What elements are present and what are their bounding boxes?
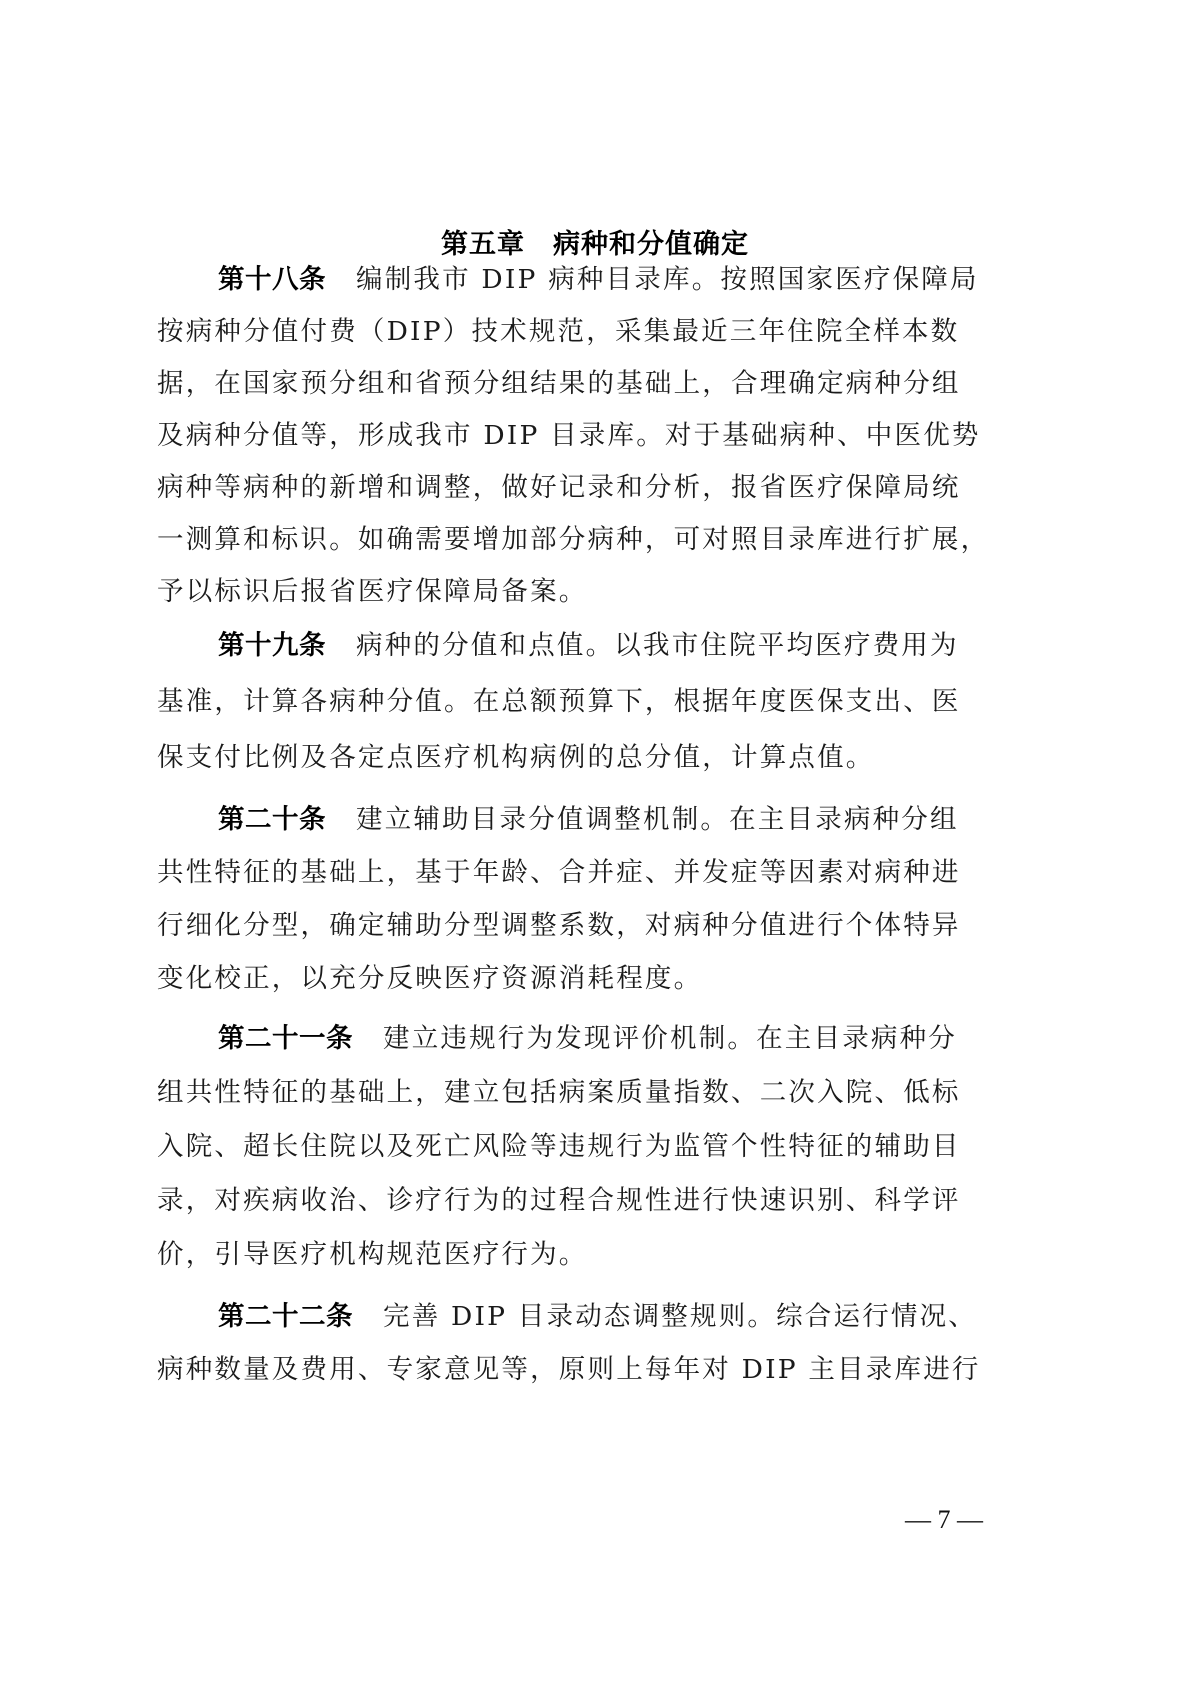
article-21-line-5: 价，引导医疗机构规范医疗行为。 (157, 1237, 1037, 1273)
chapter-number: 第五章 (441, 229, 525, 260)
article-heading: 第二十二条 (218, 1301, 353, 1332)
article-20-line-4: 变化校正，以充分反映医疗资源消耗程度。 (157, 961, 1037, 997)
article-heading: 第十八条 (218, 264, 326, 295)
article-20-line-2: 共性特征的基础上，基于年龄、合并症、并发症等因素对病种进 (157, 855, 1037, 891)
article-20-line-3: 行细化分型，确定辅助分型调整系数，对病种分值进行个体特异 (157, 908, 1037, 944)
article-heading: 第二十条 (218, 804, 326, 835)
document-page: 第五章病种和分值确定 第十八条编制我市 DIP 病种目录库。按照国家医疗保障局 … (0, 0, 1190, 1683)
article-heading: 第二十一条 (218, 1023, 353, 1054)
article-21-line-3: 入院、超长住院以及死亡风险等违规行为监管个性特征的辅助目 (157, 1129, 1037, 1165)
article-18-line-4: 及病种分值等，形成我市 DIP 目录库。对于基础病种、中医优势 (157, 418, 1037, 454)
article-19-line-2: 基准，计算各病种分值。在总额预算下，根据年度医保支出、医 (157, 684, 1037, 720)
article-18-line-1: 第十八条编制我市 DIP 病种目录库。按照国家医疗保障局 (218, 262, 1098, 298)
article-21-line-2: 组共性特征的基础上，建立包括病案质量指数、二次入院、低标 (157, 1075, 1037, 1111)
article-18-line-3: 据，在国家预分组和省预分组结果的基础上，合理确定病种分组 (157, 366, 1037, 402)
article-18-line-7: 予以标识后报省医疗保障局备案。 (157, 574, 1037, 610)
article-18-line-6: 一测算和标识。如确需要增加部分病种，可对照目录库进行扩展， (157, 522, 1037, 558)
article-heading: 第十九条 (218, 630, 326, 661)
article-18-line-2: 按病种分值付费（DIP）技术规范，采集最近三年住院全样本数 (157, 314, 1037, 350)
chapter-name: 病种和分值确定 (553, 229, 749, 260)
article-21-line-4: 录，对疾病收治、诊疗行为的过程合规性进行快速识别、科学评 (157, 1183, 1037, 1219)
article-19-line-3: 保支付比例及各定点医疗机构病例的总分值，计算点值。 (157, 740, 1037, 776)
article-21-line-1: 第二十一条建立违规行为发现评价机制。在主目录病种分 (218, 1021, 1098, 1057)
page-number: — 7 — (905, 1505, 983, 1535)
article-18-line-5: 病种等病种的新增和调整，做好记录和分析，报省医疗保障局统 (157, 470, 1037, 506)
article-22-line-1: 第二十二条完善 DIP 目录动态调整规则。综合运行情况、 (218, 1299, 1098, 1335)
chapter-title: 第五章病种和分值确定 (0, 222, 1190, 261)
article-22-line-2: 病种数量及费用、专家意见等，原则上每年对 DIP 主目录库进行 (157, 1352, 1037, 1388)
article-19-line-1: 第十九条病种的分值和点值。以我市住院平均医疗费用为 (218, 628, 1098, 664)
article-20-line-1: 第二十条建立辅助目录分值调整机制。在主目录病种分组 (218, 802, 1098, 838)
